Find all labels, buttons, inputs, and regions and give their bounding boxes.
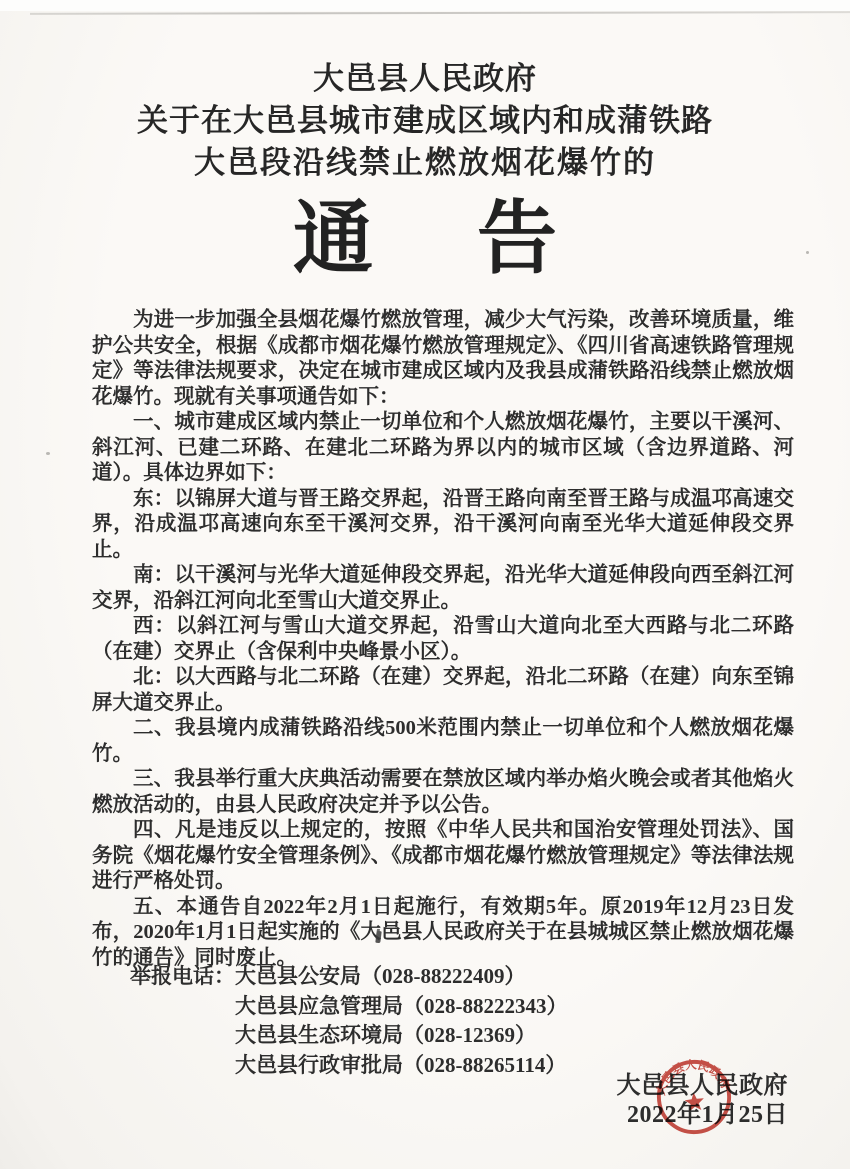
hotline-label: 举报电话： [130, 962, 235, 992]
paragraph-item-1: 一、城市建成区域内禁止一切单位和个人燃放烟花爆竹，主要以干溪河、斜江河、已建二环… [92, 410, 794, 487]
paragraph-intro: 为进一步加强全县烟花爆竹燃放管理，减少大气污染，改善环境质量，维护公共安全，根据… [92, 308, 794, 410]
hotline-item: 大邑县生态环境局（028-12369） [235, 1021, 568, 1051]
paragraph-boundary-west: 西：以斜江河与雪山大道交界起，沿雪山大道向北至大西路与北二环路（在建）交界止（含… [92, 614, 794, 665]
notice-header: 大邑县人民政府 关于在大邑县城市建成区域内和成蒲铁路 大邑段沿线禁止燃放烟花爆竹… [0, 58, 850, 286]
hotline-item: 大邑县行政审批局（028-88265114） [235, 1051, 568, 1081]
scan-edge-strip [0, 0, 850, 11]
paragraph-item-3: 三、我县举行重大庆典活动需要在禁放区域内举办焰火晚会或者其他焰火燃放活动的，由县… [92, 767, 794, 818]
doc-type-title: 通 告 [0, 192, 850, 286]
paragraph-item-4: 四、凡是违反以上规定的，按照《中华人民共和国治安管理处罚法》、国务院《烟花爆竹安… [92, 818, 794, 895]
paragraph-boundary-east: 东：以锦屏大道与晋王路交界起，沿晋王路向南至晋王路与成温邛高速交界，沿成温邛高速… [92, 487, 794, 564]
hotline-list: 大邑县公安局（028-88222409） 大邑县应急管理局（028-882223… [235, 962, 568, 1080]
paragraph-item-2: 二、我县境内成蒲铁路沿线500米范围内禁止一切单位和个人燃放烟花爆竹。 [92, 716, 794, 767]
scan-artifact-line [30, 11, 850, 15]
hotline-section: 举报电话： 大邑县公安局（028-88222409） 大邑县应急管理局（028-… [130, 962, 568, 1080]
paragraph-boundary-north: 北：以大西路与北二环路（在建）交界起，沿北二环路（在建）向东至锦屏大道交界止。 [92, 665, 794, 716]
notice-body: 为进一步加强全县烟花爆竹燃放管理，减少大气污染，改善环境质量，维护公共安全，根据… [92, 308, 794, 971]
paragraph-boundary-south: 南：以干溪河与光华大道延伸段交界起，沿光华大道延伸段向西至斜江河交界，沿斜江河向… [92, 563, 794, 614]
hotline-item: 大邑县公安局（028-88222409） [235, 962, 568, 992]
scanned-notice-page: 大邑县人民政府 关于在大邑县城市建成区域内和成蒲铁路 大邑段沿线禁止燃放烟花爆竹… [0, 0, 850, 1169]
hotline-item: 大邑县应急管理局（028-88222343） [235, 992, 568, 1022]
seal-star-icon [684, 1091, 705, 1111]
subject-title-line-1: 关于在大邑县城市建成区域内和成蒲铁路 [0, 100, 850, 142]
official-red-seal-icon: 大邑县人民政府 [651, 1054, 737, 1140]
scan-speck [46, 452, 50, 455]
paragraph-item-5: 五、本通告自2022年2月1日起施行，有效期5年。原2019年12月23日发布，… [92, 895, 794, 972]
issuing-org-title: 大邑县人民政府 [0, 58, 850, 100]
subject-title-line-2: 大邑段沿线禁止燃放烟花爆竹的 [0, 142, 850, 184]
